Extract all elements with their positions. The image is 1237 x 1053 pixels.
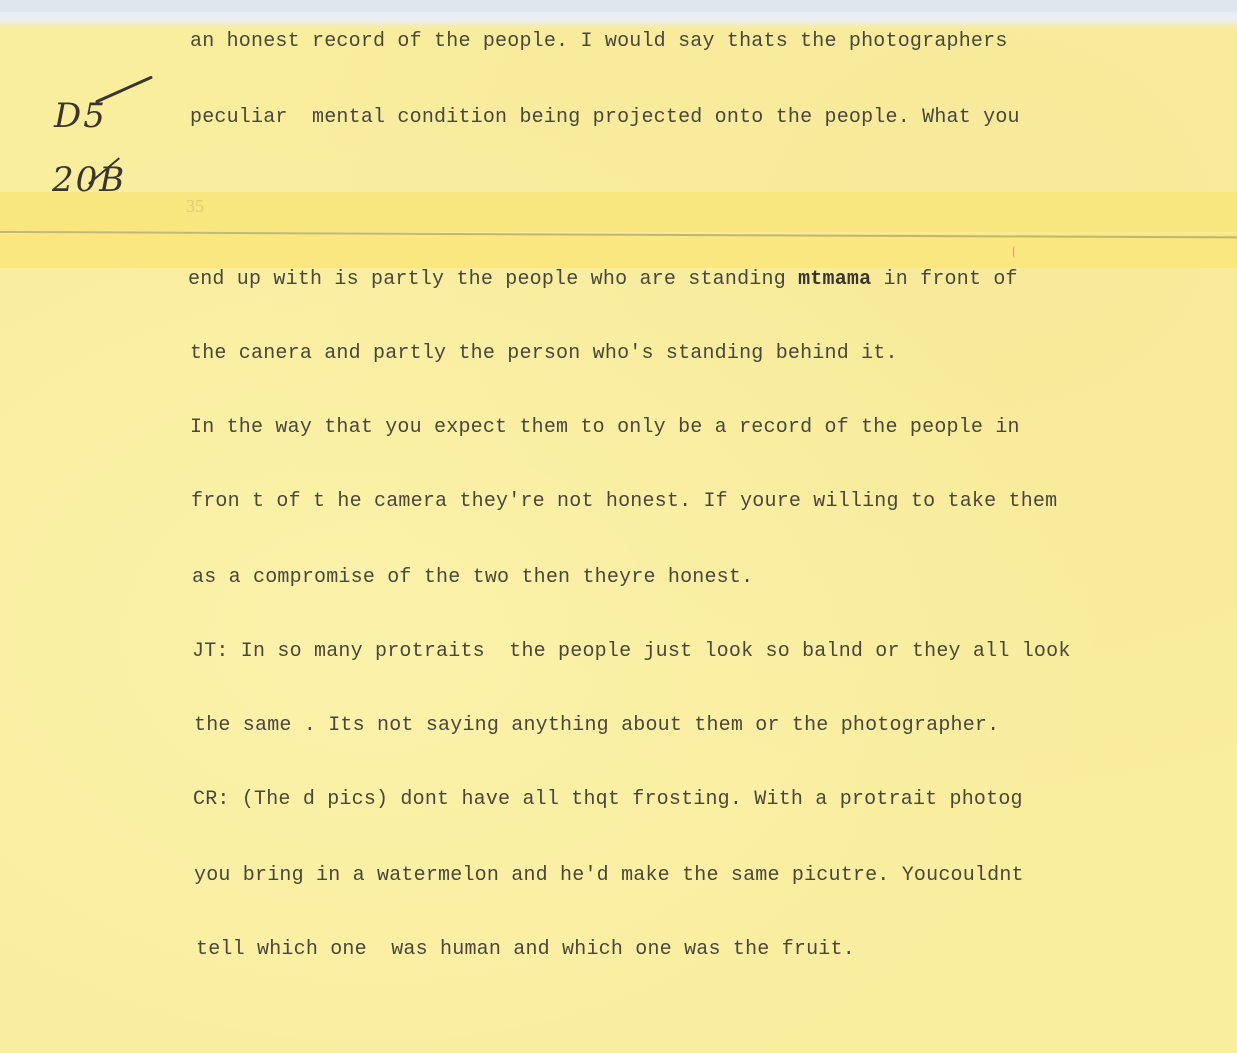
struck-out-word: mtmama xyxy=(798,268,871,291)
paper-sheet xyxy=(0,12,1237,1053)
typed-line-5: In the way that you expect them to only … xyxy=(190,416,1020,439)
typed-line-2: peculiar mental condition being projecte… xyxy=(190,106,1020,129)
typed-line-3-tail: in front of xyxy=(884,268,1018,291)
typed-line-1: an honest record of the people. I would … xyxy=(190,30,1008,53)
typed-line-4: the canera and partly the person who's s… xyxy=(190,342,898,365)
typed-line-8-jt: JT: In so many protraits the people just… xyxy=(192,640,1071,663)
typed-line-9: the same . Its not saying anything about… xyxy=(194,714,999,737)
handwritten-annotation-20b: 20B xyxy=(52,160,126,200)
typed-line-7: as a compromise of the two then theyre h… xyxy=(192,566,753,589)
typed-line-10-cr: CR: (The d pics) dont have all thqt fros… xyxy=(193,788,1023,811)
typed-line-3-start: end up with is partly the people who are… xyxy=(188,268,798,291)
faint-page-number: 35 xyxy=(186,196,204,217)
typed-line-3: end up with is partly the people who are… xyxy=(188,268,1018,291)
typed-line-6: fron t of t he camera they're not honest… xyxy=(191,490,1057,513)
red-pen-mark xyxy=(1013,246,1018,258)
typed-line-11: you bring in a watermelon and he'd make … xyxy=(194,864,1024,887)
typed-line-3-end xyxy=(871,268,883,291)
paper-top-edge xyxy=(0,12,1237,28)
typed-line-12: tell which one was human and which one w… xyxy=(196,938,855,961)
tape-strip-lower xyxy=(0,234,1237,268)
handwritten-annotation-d5: D5 xyxy=(54,96,107,136)
